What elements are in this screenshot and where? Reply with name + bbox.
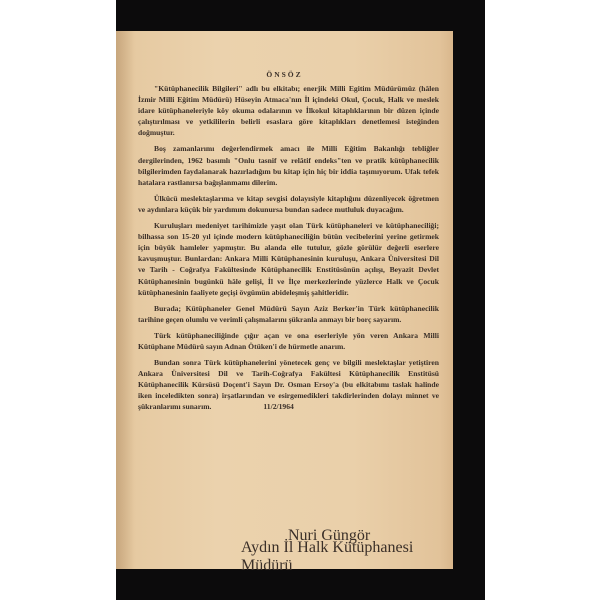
signature-title: Aydın İl Halk Kütüphanesi Müdürü	[241, 539, 453, 575]
paragraph-3: Ülkücü meslektaşlarıma ve kitap sevgisi …	[138, 193, 439, 215]
preface-body: "Kütüphanecilik Bilgileri" adlı bu elkit…	[138, 83, 439, 418]
paragraph-5: Burada; Kütüphaneler Genel Müdürü Sayın …	[138, 303, 439, 325]
paragraph-4: Kuruluşları medeniyet tarihimizle yaşıt …	[138, 220, 439, 298]
paragraph-6: Türk kütüphaneciliğinde çığır açan ve on…	[138, 330, 439, 352]
date: 11/2/1964	[247, 401, 293, 412]
paragraph-1: "Kütüphanecilik Bilgileri" adlı bu elkit…	[138, 83, 439, 138]
book-page: ÖNSÖZ "Kütüphanecilik Bilgileri" adlı bu…	[116, 31, 453, 569]
paragraph-2: Boş zamanlarımı değerlendirmek amacı ile…	[138, 143, 439, 187]
page-title: ÖNSÖZ	[116, 70, 453, 79]
paragraph-7: Bundan sonra Türk kütüphanelerini yönete…	[138, 357, 439, 412]
